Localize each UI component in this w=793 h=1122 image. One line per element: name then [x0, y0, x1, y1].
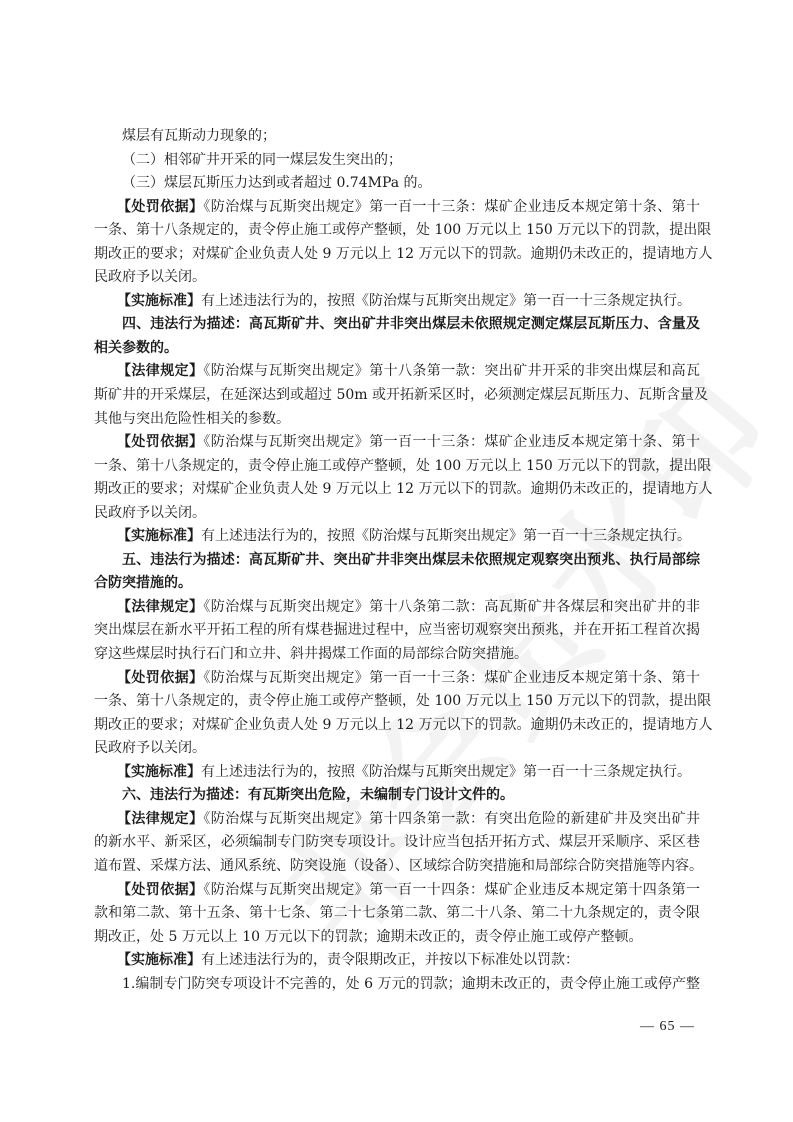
clause-line: 【实施标准】有上述违法行为的，按照《防治煤与瓦斯突出规定》第一百一十三条规定执行…: [94, 525, 700, 549]
line-text: （三）煤层瓦斯压力达到或者超过 0.74MPa 的。: [122, 175, 432, 191]
text-line: 期改正的要求；对煤矿企业负责人处 9 万元以上 12 万元以下的罚款。逾期仍未改…: [94, 714, 700, 738]
section-heading-line: 四、违法行为描述：高瓦斯矿井、突出矿井非突出煤层未依照规定测定煤层瓦斯压力、含量…: [94, 313, 700, 337]
line-text: 民政府予以关闭。: [94, 269, 206, 285]
line-text: 一条、第十八条规定的，责令停止施工或停产整顿，处 100 万元以上 150 万元…: [94, 693, 711, 709]
line-text: 《防治煤与瓦斯突出规定》第十八条第一款：突出矿井开采的非突出煤层和高瓦: [203, 363, 700, 379]
line-text: 款和第二款、第十五条、第十七条、第二十七条第二款、第二十八条、第二十九条规定的，…: [94, 905, 700, 921]
line-text: 民政府予以关闭。: [94, 505, 206, 521]
clause-label: 【实施标准】: [117, 293, 201, 309]
text-line: 民政府予以关闭。: [94, 502, 700, 526]
text-line: 期改正的要求；对煤矿企业负责人处 9 万元以上 12 万元以下的罚款。逾期仍未改…: [94, 478, 700, 502]
line-text: 突出煤层在新水平开拓工程的所有煤巷掘进过程中，应当密切观察突出预兆，并在开拓工程…: [94, 622, 700, 638]
document-body: 煤层有瓦斯动力现象的；（二）相邻矿井开采的同一煤层发生突出的；（三）煤层瓦斯压力…: [94, 125, 700, 996]
line-text: 五、违法行为描述：高瓦斯矿井、突出矿井非突出煤层未依照规定观察突出预兆、执行局部…: [122, 552, 700, 568]
clause-line: 【处罚依据】《防治煤与瓦斯突出规定》第一百一十三条：煤矿企业违反本规定第十条、第…: [94, 667, 700, 691]
text-line: 斯矿井的开采煤层，在延深达到或超过 50m 或开拓新采区时，必须测定煤层瓦斯压力…: [94, 384, 700, 408]
clause-line: 【实施标准】有上述违法行为的，责令限期改正，并按以下标准处以罚款：: [94, 949, 700, 973]
clause-line: 【处罚依据】《防治煤与瓦斯突出规定》第一百一十三条：煤矿企业违反本规定第十条、第…: [94, 196, 700, 220]
clause-line: 【处罚依据】《防治煤与瓦斯突出规定》第一百一十三条：煤矿企业违反本规定第十条、第…: [94, 431, 700, 455]
line-text: 《防治煤与瓦斯突出规定》第一百一十三条：煤矿企业违反本规定第十条、第十: [203, 670, 700, 686]
clause-label: 【处罚依据】: [117, 882, 203, 898]
clause-label: 【处罚依据】: [117, 434, 203, 450]
clause-label: 【法律规定】: [117, 599, 203, 615]
line-text: 《防治煤与瓦斯突出规定》第十四条第一款：有突出危险的新建矿井及突出矿井: [203, 811, 700, 827]
line-text: 期改正，处 5 万元以上 10 万元以下的罚款；逾期未改正的，责令停止施工或停产…: [94, 929, 643, 945]
page-number: — 65 —: [640, 1016, 695, 1038]
text-line: 穿这些煤层时执行石门和立井、斜井揭煤工作面的局部综合防突措施。: [94, 643, 700, 667]
line-text: 煤层有瓦斯动力现象的；: [122, 128, 276, 144]
line-text: 斯矿井的开采煤层，在延深达到或超过 50m 或开拓新采区时，必须测定煤层瓦斯压力…: [94, 387, 708, 403]
text-line: 一条、第十八条规定的，责令停止施工或停产整顿，处 100 万元以上 150 万元…: [94, 455, 700, 479]
line-text: 一条、第十八条规定的，责令停止施工或停产整顿，处 100 万元以上 150 万元…: [94, 458, 711, 474]
clause-line: 【法律规定】《防治煤与瓦斯突出规定》第十八条第二款：高瓦斯矿井各煤层和突出矿井的…: [94, 596, 700, 620]
line-text: 相关参数的。: [94, 340, 178, 356]
line-text: 四、违法行为描述：高瓦斯矿井、突出矿井非突出煤层未依照规定测定煤层瓦斯压力、含量…: [122, 316, 700, 332]
line-text: 有上述违法行为的，按照《防治煤与瓦斯突出规定》第一百一十三条规定执行。: [201, 293, 691, 309]
text-line: 民政府予以关闭。: [94, 266, 700, 290]
clause-label: 【实施标准】: [117, 764, 201, 780]
clause-label: 【法律规定】: [117, 363, 203, 379]
line-text: 《防治煤与瓦斯突出规定》第一百一十三条：煤矿企业违反本规定第十条、第十: [203, 199, 700, 215]
line-text: 有上述违法行为的，责令限期改正，并按以下标准处以罚款：: [201, 952, 579, 968]
line-text: 其他与突出危险性相关的参数。: [94, 411, 290, 427]
clause-label: 【法律规定】: [117, 811, 203, 827]
line-text: 合防突措施的。: [94, 575, 192, 591]
line-text: 的新水平、新采区，必须编制专门防突专项设计。设计应当包括开拓方式、煤层开采顺序、…: [94, 834, 700, 850]
line-text: 《防治煤与瓦斯突出规定》第一百一十四条：煤矿企业违反本规定第十四条第一: [203, 882, 700, 898]
line-text: 有上述违法行为的，按照《防治煤与瓦斯突出规定》第一百一十三条规定执行。: [201, 528, 691, 544]
clause-label: 【处罚依据】: [117, 199, 203, 215]
clause-line: 【法律规定】《防治煤与瓦斯突出规定》第十八条第一款：突出矿井开采的非突出煤层和高…: [94, 360, 700, 384]
line-text: 一条、第十八条规定的，责令停止施工或停产整顿，处 100 万元以上 150 万元…: [94, 222, 711, 238]
clause-label: 【实施标准】: [117, 528, 201, 544]
clause-label: 【实施标准】: [117, 952, 201, 968]
line-text: 期改正的要求；对煤矿企业负责人处 9 万元以上 12 万元以下的罚款。逾期仍未改…: [94, 717, 713, 733]
text-line: 一条、第十八条规定的，责令停止施工或停产整顿，处 100 万元以上 150 万元…: [94, 690, 700, 714]
text-line: 期改正，处 5 万元以上 10 万元以下的罚款；逾期未改正的，责令停止施工或停产…: [94, 926, 700, 950]
section-heading-line: 合防突措施的。: [94, 572, 700, 596]
text-line: 民政府予以关闭。: [94, 737, 700, 761]
line-text: 期改正的要求；对煤矿企业负责人处 9 万元以上 12 万元以下的罚款。逾期仍未改…: [94, 246, 713, 262]
text-line: 期改正的要求；对煤矿企业负责人处 9 万元以上 12 万元以下的罚款。逾期仍未改…: [94, 243, 700, 267]
line-text: （二）相邻矿井开采的同一煤层发生突出的；: [122, 152, 402, 168]
line-text: 《防治煤与瓦斯突出规定》第十八条第二款：高瓦斯矿井各煤层和突出矿井的非: [203, 599, 700, 615]
line-text: 1.编制专门防突专项设计不完善的，处 6 万元的罚款；逾期未改正的，责令停止施工…: [122, 976, 700, 992]
line-text: 六、违法行为描述：有瓦斯突出危险，未编制专门设计文件的。: [122, 787, 514, 803]
line-text: 民政府予以关闭。: [94, 740, 206, 756]
text-line: 突出煤层在新水平开拓工程的所有煤巷掘进过程中，应当密切观察突出预兆，并在开拓工程…: [94, 619, 700, 643]
line-text: 《防治煤与瓦斯突出规定》第一百一十三条：煤矿企业违反本规定第十条、第十: [203, 434, 700, 450]
text-line: 款和第二款、第十五条、第十七条、第二十七条第二款、第二十八条、第二十九条规定的，…: [94, 902, 700, 926]
clause-line: 【实施标准】有上述违法行为的，按照《防治煤与瓦斯突出规定》第一百一十三条规定执行…: [94, 761, 700, 785]
section-heading-line: 五、违法行为描述：高瓦斯矿井、突出矿井非突出煤层未依照规定观察突出预兆、执行局部…: [94, 549, 700, 573]
text-line: 1.编制专门防突专项设计不完善的，处 6 万元的罚款；逾期未改正的，责令停止施工…: [94, 973, 700, 997]
section-heading-line: 相关参数的。: [94, 337, 700, 361]
line-text: 穿这些煤层时执行石门和立井、斜井揭煤工作面的局部综合防突措施。: [94, 646, 528, 662]
clause-line: 【处罚依据】《防治煤与瓦斯突出规定》第一百一十四条：煤矿企业违反本规定第十四条第…: [94, 879, 700, 903]
clause-line: 【实施标准】有上述违法行为的，按照《防治煤与瓦斯突出规定》第一百一十三条规定执行…: [94, 290, 700, 314]
text-line: （三）煤层瓦斯压力达到或者超过 0.74MPa 的。: [94, 172, 700, 196]
line-text: 期改正的要求；对煤矿企业负责人处 9 万元以上 12 万元以下的罚款。逾期仍未改…: [94, 481, 713, 497]
text-line: 一条、第十八条规定的，责令停止施工或停产整顿，处 100 万元以上 150 万元…: [94, 219, 700, 243]
text-line: 的新水平、新采区，必须编制专门防突专项设计。设计应当包括开拓方式、煤层开采顺序、…: [94, 831, 700, 855]
line-text: 道布置、采煤方法、通风系统、防突设施（设备）、区域综合防突措施和局部综合防突措施…: [94, 858, 703, 874]
clause-label: 【处罚依据】: [117, 670, 203, 686]
section-heading-line: 六、违法行为描述：有瓦斯突出危险，未编制专门设计文件的。: [94, 784, 700, 808]
text-line: 其他与突出危险性相关的参数。: [94, 408, 700, 432]
line-text: 有上述违法行为的，按照《防治煤与瓦斯突出规定》第一百一十三条规定执行。: [201, 764, 691, 780]
clause-line: 【法律规定】《防治煤与瓦斯突出规定》第十四条第一款：有突出危险的新建矿井及突出矿…: [94, 808, 700, 832]
text-line: （二）相邻矿井开采的同一煤层发生突出的；: [94, 149, 700, 173]
text-line: 道布置、采煤方法、通风系统、防突设施（设备）、区域综合防突措施和局部综合防突措施…: [94, 855, 700, 879]
text-line: 煤层有瓦斯动力现象的；: [94, 125, 700, 149]
